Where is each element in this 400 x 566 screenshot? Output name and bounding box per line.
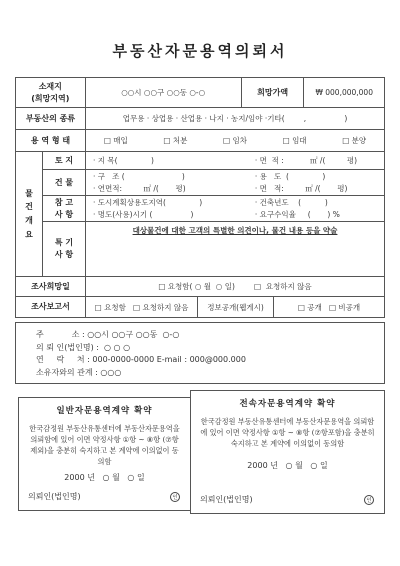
row-service-type: 용 역 형 태 □ 매입 □ 처분 □ 임차 □ 임대 □ 분양	[16, 130, 384, 152]
row-survey-date: 조사희망일 □ 요청함( ○ 월 ○ 일) □ 요청하지 않음	[16, 277, 384, 297]
general-agreement-title: 일반자문용역계약 확약	[19, 404, 190, 416]
required-yield-field: · 요구수익율 ( ) %	[255, 209, 377, 220]
general-agreement-box: 일반자문용역계약 확약 한국감정원 부동산유통센터에 부동산자문용역을 의뢰함에…	[18, 397, 191, 511]
building-label: 건 물	[43, 170, 86, 195]
general-agreement-body: 한국감정원 부동산유통센터에 부동산자문용역을 의뢰함에 있어 이면 약정사항 …	[28, 423, 181, 468]
survey-report-label: 조사보고서	[16, 297, 86, 317]
desired-price-label: 희망가액	[242, 78, 305, 107]
row-special-notes: 특 기 사 항 대상물건에 대한 고객의 특별한 의견이나, 물건 내용 등을 …	[43, 222, 384, 276]
survey-date-options: □ 요청함( ○ 월 ○ 일) □ 요청하지 않음	[86, 277, 384, 296]
exclusive-agreement-body: 한국감정원 부동산유통센터에 부동산자문용역을 의뢰함에 있어 이면 약정사항 …	[200, 416, 375, 449]
built-year-field: · 건축년도 ( )	[255, 197, 377, 208]
client-address-line: 주 소 : ○○시 ○○구 ○○동 ○-○	[36, 329, 376, 340]
info-disclosure-options: □ 공개 □ 비공개	[274, 297, 384, 317]
exclusive-agreement-date: 2000 년 ○ 월 ○ 일	[191, 460, 384, 471]
building-fields: · 구 조 ( ) · 용 도 ( ) · 연면적: ㎡ /( 평) · 면 적…	[86, 170, 384, 195]
reference-label: 참 고 사 항	[43, 196, 86, 221]
checkbox-purchase: □ 매입	[86, 130, 146, 151]
document-title: 부동산자문용역의뢰서	[0, 40, 400, 61]
checkbox-disposal: □ 처분	[146, 130, 206, 151]
service-type-label: 용 역 형 태	[16, 130, 86, 151]
exclusive-agreement-box: 전속자문용역계약 확약 한국감정원 부동산유통센터에 부동산자문용역을 의뢰함에…	[190, 390, 385, 514]
land-category-field: · 지 목( )	[93, 155, 255, 166]
zoning-field: · 도시계획상용도지역( )	[93, 197, 255, 208]
survey-report-request-options: □ 요청함 □ 요청하지 않음	[86, 297, 198, 317]
checkbox-sale-in-lots: □ 분양	[324, 130, 384, 151]
row-land: 토 지 · 지 목( ) · 면 적 : ㎡ /( 평)	[43, 152, 384, 170]
general-agreement-signer-label: 의뢰인(법인명)	[28, 491, 81, 502]
exclusive-agreement-signer-label: 의뢰인(법인명)	[200, 494, 253, 505]
checkbox-lease-in: □ 임차	[205, 130, 265, 151]
desired-price-value: ₩ 000,000,000	[304, 78, 384, 107]
agreement-section: 일반자문용역계약 확약 한국감정원 부동산유통센터에 부동산자문용역을 의뢰함에…	[18, 390, 385, 518]
building-use-field: · 용 도 ( )	[255, 171, 377, 182]
building-structure-field: · 구 조 ( )	[93, 171, 255, 182]
row-survey-report: 조사보고서 □ 요청함 □ 요청하지 않음 정보공개(웹게시) □ 공개 □ 비…	[16, 297, 384, 317]
seal-stamp-icon: 인	[170, 492, 180, 502]
general-agreement-signature-row: 의뢰인(법인명) 인	[28, 491, 180, 502]
property-overview-group: 물 건 개 요 토 지 · 지 목( ) · 면 적 : ㎡ /( 평)	[16, 152, 384, 277]
special-notes-area: 대상물건에 대한 고객의 특별한 의견이나, 물건 내용 등을 약술	[86, 222, 384, 276]
client-name-line: 의 뢰 인(법인명) : ○ ○ ○	[36, 342, 376, 353]
seal-stamp-icon: 인	[364, 495, 374, 505]
service-type-options: □ 매입 □ 처분 □ 임차 □ 임대 □ 분양	[86, 130, 384, 151]
client-info-box: 주 소 : ○○시 ○○구 ○○동 ○-○ 의 뢰 인(법인명) : ○ ○ ○…	[15, 322, 385, 384]
vacancy-timing-field: · 명도(사용)시기 ( )	[93, 209, 255, 220]
exclusive-agreement-title: 전속자문용역계약 확약	[191, 397, 384, 409]
row-property-type: 부동산의 종류 업무용 · 상업용 · 산업용 · 나지 · 농지/임야 ·기타…	[16, 108, 384, 130]
building-area-field: · 면 적: ㎡ /( 평)	[255, 183, 377, 194]
row-reference: 참 고 사 항 · 도시계획상용도지역( ) · 건축년도 ( ) · 명도(사…	[43, 196, 384, 222]
reference-fields: · 도시계획상용도지역( ) · 건축년도 ( ) · 명도(사용)시기 ( )…	[86, 196, 384, 221]
location-value: ○○시 ○○구 ○○동 ○-○	[86, 78, 242, 107]
building-total-floor-area-field: · 연면적: ㎡ /( 평)	[93, 183, 255, 194]
info-disclosure-label: 정보공개(웹게시)	[198, 297, 274, 317]
row-building: 건 물 · 구 조 ( ) · 용 도 ( ) · 연면적: ㎡ /( 평)	[43, 170, 384, 196]
client-contact-line: 연 락 처 : 000-0000-0000 E-mail : 000@000.0…	[36, 354, 376, 365]
location-label: 소재지 (희망지역)	[16, 78, 86, 107]
special-notes-instruction: 대상물건에 대한 고객의 특별한 의견이나, 물건 내용 등을 약술	[133, 225, 338, 236]
property-type-value: 업무용 · 상업용 · 산업용 · 나지 · 농지/임야 ·기타( , )	[86, 108, 384, 129]
property-overview-rows: 토 지 · 지 목( ) · 면 적 : ㎡ /( 평) 건 물	[43, 152, 384, 276]
exclusive-agreement-signature-row: 의뢰인(법인명) 인	[200, 494, 374, 505]
land-label: 토 지	[43, 152, 86, 169]
general-agreement-date: 2000 년 ○ 월 ○ 일	[19, 472, 190, 483]
land-area-field: · 면 적 : ㎡ /( 평)	[255, 155, 377, 166]
special-notes-label: 특 기 사 항	[43, 222, 86, 276]
row-location: 소재지 (희망지역) ○○시 ○○구 ○○동 ○-○ 희망가액 ₩ 000,00…	[16, 78, 384, 108]
property-request-table: 소재지 (희망지역) ○○시 ○○구 ○○동 ○-○ 희망가액 ₩ 000,00…	[15, 77, 385, 318]
document-page: 부동산자문용역의뢰서 소재지 (희망지역) ○○시 ○○구 ○○동 ○-○ 희망…	[0, 0, 400, 566]
property-type-label: 부동산의 종류	[16, 108, 86, 129]
survey-date-label: 조사희망일	[16, 277, 86, 296]
land-fields: · 지 목( ) · 면 적 : ㎡ /( 평)	[86, 152, 384, 169]
checkbox-lease-out: □ 임대	[265, 130, 325, 151]
property-overview-label: 물 건 개 요	[16, 152, 43, 276]
client-owner-relation-line: 소유자와의 관계 : ○○○	[36, 367, 376, 378]
